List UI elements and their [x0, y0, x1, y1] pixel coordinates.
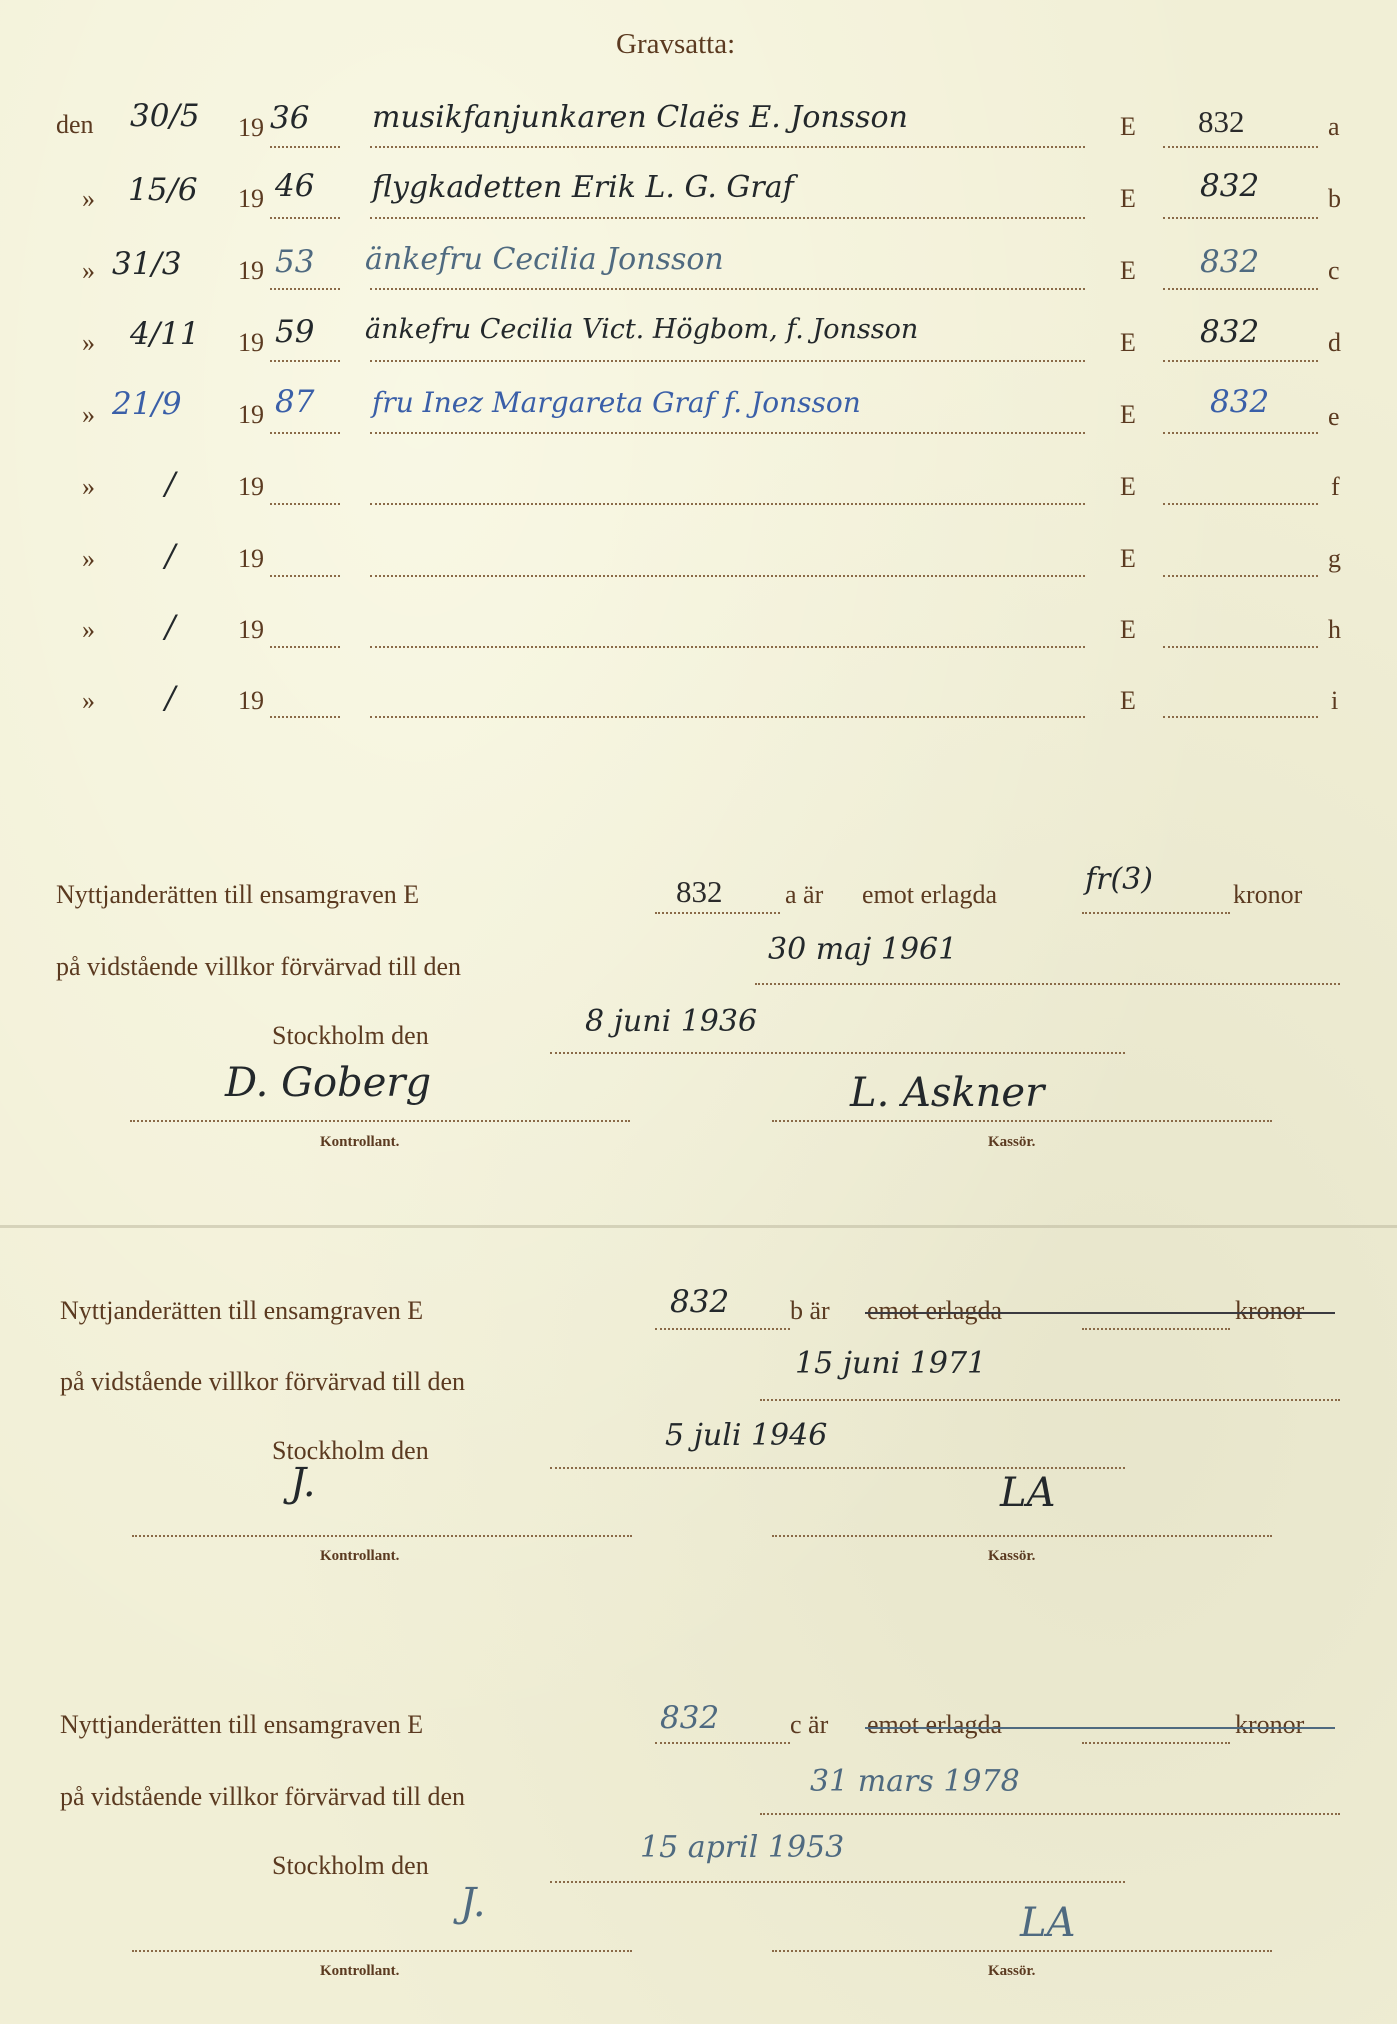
controller-label: Kontrollant.: [320, 1134, 399, 1151]
grave-number: 832: [660, 1700, 719, 1736]
amount: fr(3): [1085, 862, 1153, 897]
year-line: [270, 432, 340, 434]
cashier-label: Kassör.: [988, 1134, 1035, 1151]
grave-number-line: [655, 1742, 790, 1744]
cashier-line: [772, 1535, 1272, 1537]
year-suffix: 46: [275, 168, 314, 204]
buried-name: fru Inez Margareta Graf f. Jonsson: [372, 386, 861, 419]
grave-prefix: E: [1120, 472, 1136, 502]
row-prefix: »: [82, 544, 95, 574]
number-line: [1163, 288, 1318, 290]
year-prefix: 19: [238, 472, 264, 502]
day-month: 31/3: [112, 246, 182, 282]
grave-prefix: E: [1120, 544, 1136, 574]
controller-label: Kontrollant.: [320, 1963, 399, 1980]
issued-date: 15 april 1953: [640, 1830, 844, 1865]
paid-text: emot erlagda: [862, 880, 997, 910]
row-prefix: »: [82, 184, 95, 214]
valid-until-label: på vidstående villkor förvärvad till den: [56, 952, 461, 982]
cashier-line: [772, 1950, 1272, 1952]
year-line: [270, 716, 340, 718]
controller-line: [132, 1535, 632, 1537]
day-month: 30/5: [130, 98, 200, 134]
grave-number: 832: [1210, 384, 1269, 420]
amount-line: [1082, 1742, 1230, 1744]
page-title: Gravsatta:: [616, 28, 735, 61]
row-prefix: den: [56, 110, 94, 140]
grave-number: 832: [1198, 104, 1245, 140]
day-month: /: [165, 680, 175, 716]
year-suffix: 36: [270, 100, 309, 136]
year-line: [270, 288, 340, 290]
grave-letter: g: [1328, 544, 1341, 574]
issued-date-line: [550, 1881, 1125, 1883]
paid-strikethrough: [865, 1727, 1335, 1729]
letter-text: b är: [790, 1296, 830, 1326]
year-prefix: 19: [238, 400, 264, 430]
grave-letter: f: [1331, 472, 1340, 502]
year-line: [270, 503, 340, 505]
name-line: [370, 646, 1085, 648]
letter-text: c är: [790, 1710, 828, 1740]
paid-text: emot erlagda: [867, 1296, 1002, 1326]
year-prefix: 19: [238, 615, 264, 645]
grave-right-label: Nyttjanderätten till ensamgraven E: [56, 880, 419, 910]
year-prefix: 19: [238, 328, 264, 358]
row-prefix: »: [82, 686, 95, 716]
valid-until-label: på vidstående villkor förvärvad till den: [60, 1782, 465, 1812]
currency: kronor: [1233, 880, 1302, 910]
grave-right-label: Nyttjanderätten till ensamgraven E: [60, 1710, 423, 1740]
number-line: [1163, 646, 1318, 648]
controller-signature: D. Goberg: [225, 1060, 431, 1106]
year-prefix: 19: [238, 256, 264, 286]
controller-label: Kontrollant.: [320, 1548, 399, 1565]
grave-number: 832: [670, 1284, 729, 1320]
grave-prefix: E: [1120, 112, 1136, 142]
year-suffix: 87: [275, 384, 314, 420]
place-label: Stockholm den: [272, 1021, 429, 1051]
grave-number: 832: [1200, 244, 1259, 280]
number-line: [1163, 503, 1318, 505]
row-prefix: »: [82, 472, 95, 502]
year-line: [270, 575, 340, 577]
number-line: [1163, 146, 1318, 148]
issued-date-line: [550, 1467, 1125, 1469]
amount-line: [1082, 1328, 1230, 1330]
grave-letter: h: [1328, 615, 1341, 645]
day-month: 15/6: [128, 172, 198, 208]
year-line: [270, 360, 340, 362]
day-month: /: [165, 609, 175, 645]
controller-signature: J.: [460, 1880, 486, 1926]
grave-number: 832: [1200, 314, 1259, 350]
grave-prefix: E: [1120, 328, 1136, 358]
year-line: [270, 217, 340, 219]
grave-letter: i: [1331, 686, 1338, 716]
day-month: /: [165, 538, 175, 574]
cashier-label: Kassör.: [988, 1548, 1035, 1565]
grave-number-line: [655, 912, 780, 914]
cashier-signature: LA: [1000, 1470, 1055, 1516]
grave-number: 832: [1200, 168, 1259, 204]
row-prefix: »: [82, 328, 95, 358]
cashier-line: [772, 1120, 1272, 1122]
number-line: [1163, 432, 1318, 434]
grave-letter: e: [1328, 402, 1340, 432]
valid-until-line: [760, 1813, 1340, 1815]
year-suffix: 53: [275, 244, 314, 280]
cashier-signature: LA: [1020, 1900, 1075, 1946]
name-line: [370, 575, 1085, 577]
year-line: [270, 646, 340, 648]
issued-date: 8 juni 1936: [585, 1004, 757, 1039]
row-prefix: »: [82, 256, 95, 286]
grave-prefix: E: [1120, 256, 1136, 286]
day-month: 21/9: [112, 386, 182, 422]
name-line: [370, 217, 1085, 219]
grave-letter: b: [1328, 184, 1341, 214]
buried-name: flygkadetten Erik L. G. Graf: [372, 170, 794, 205]
valid-until-line: [755, 983, 1340, 985]
valid-until: 15 juni 1971: [795, 1346, 986, 1381]
valid-until-label: på vidstående villkor förvärvad till den: [60, 1367, 465, 1397]
currency: kronor: [1235, 1296, 1304, 1326]
row-prefix: »: [82, 615, 95, 645]
name-line: [370, 432, 1085, 434]
year-prefix: 19: [238, 113, 264, 143]
year-suffix: 59: [275, 314, 314, 350]
valid-until-line: [760, 1399, 1340, 1401]
number-line: [1163, 716, 1318, 718]
day-month: /: [165, 466, 175, 502]
name-line: [370, 360, 1085, 362]
grave-prefix: E: [1120, 400, 1136, 430]
name-line: [370, 716, 1085, 718]
number-line: [1163, 360, 1318, 362]
cashier-label: Kassör.: [988, 1963, 1035, 1980]
grave-right-label: Nyttjanderätten till ensamgraven E: [60, 1296, 423, 1326]
paid-text: emot erlagda: [867, 1710, 1002, 1740]
controller-line: [132, 1950, 632, 1952]
name-line: [370, 146, 1085, 148]
day-month: 4/11: [130, 316, 200, 352]
currency: kronor: [1235, 1710, 1304, 1740]
year-prefix: 19: [238, 544, 264, 574]
grave-prefix: E: [1120, 615, 1136, 645]
number-line: [1163, 217, 1318, 219]
grave-prefix: E: [1120, 686, 1136, 716]
row-prefix: »: [82, 400, 95, 430]
grave-prefix: E: [1120, 184, 1136, 214]
valid-until: 31 mars 1978: [810, 1764, 1020, 1799]
amount-line: [1082, 912, 1230, 914]
grave-letter: d: [1328, 328, 1341, 358]
year-prefix: 19: [238, 686, 264, 716]
controller-signature: J.: [290, 1460, 316, 1506]
cashier-signature: L. Askner: [850, 1070, 1044, 1116]
controller-line: [130, 1120, 630, 1122]
issued-date: 5 juli 1946: [665, 1418, 827, 1453]
issued-date-line: [550, 1052, 1125, 1054]
buried-name: änkefru Cecilia Jonsson: [365, 242, 724, 277]
buried-name: musikfanjunkaren Claës E. Jonsson: [372, 100, 908, 135]
grave-letter: a: [1328, 112, 1340, 142]
letter-text: a är: [785, 880, 823, 910]
paid-strikethrough: [865, 1312, 1335, 1314]
buried-name: änkefru Cecilia Vict. Högbom, f. Jonsson: [365, 314, 918, 345]
number-line: [1163, 575, 1318, 577]
place-label: Stockholm den: [272, 1851, 429, 1881]
paper-fold: [0, 1225, 1397, 1228]
name-line: [370, 503, 1085, 505]
grave-number: 832: [676, 874, 723, 910]
valid-until: 30 maj 1961: [768, 932, 957, 967]
year-line: [270, 146, 340, 148]
grave-letter: c: [1328, 256, 1340, 286]
grave-number-line: [655, 1328, 790, 1330]
year-prefix: 19: [238, 184, 264, 214]
name-line: [370, 288, 1085, 290]
